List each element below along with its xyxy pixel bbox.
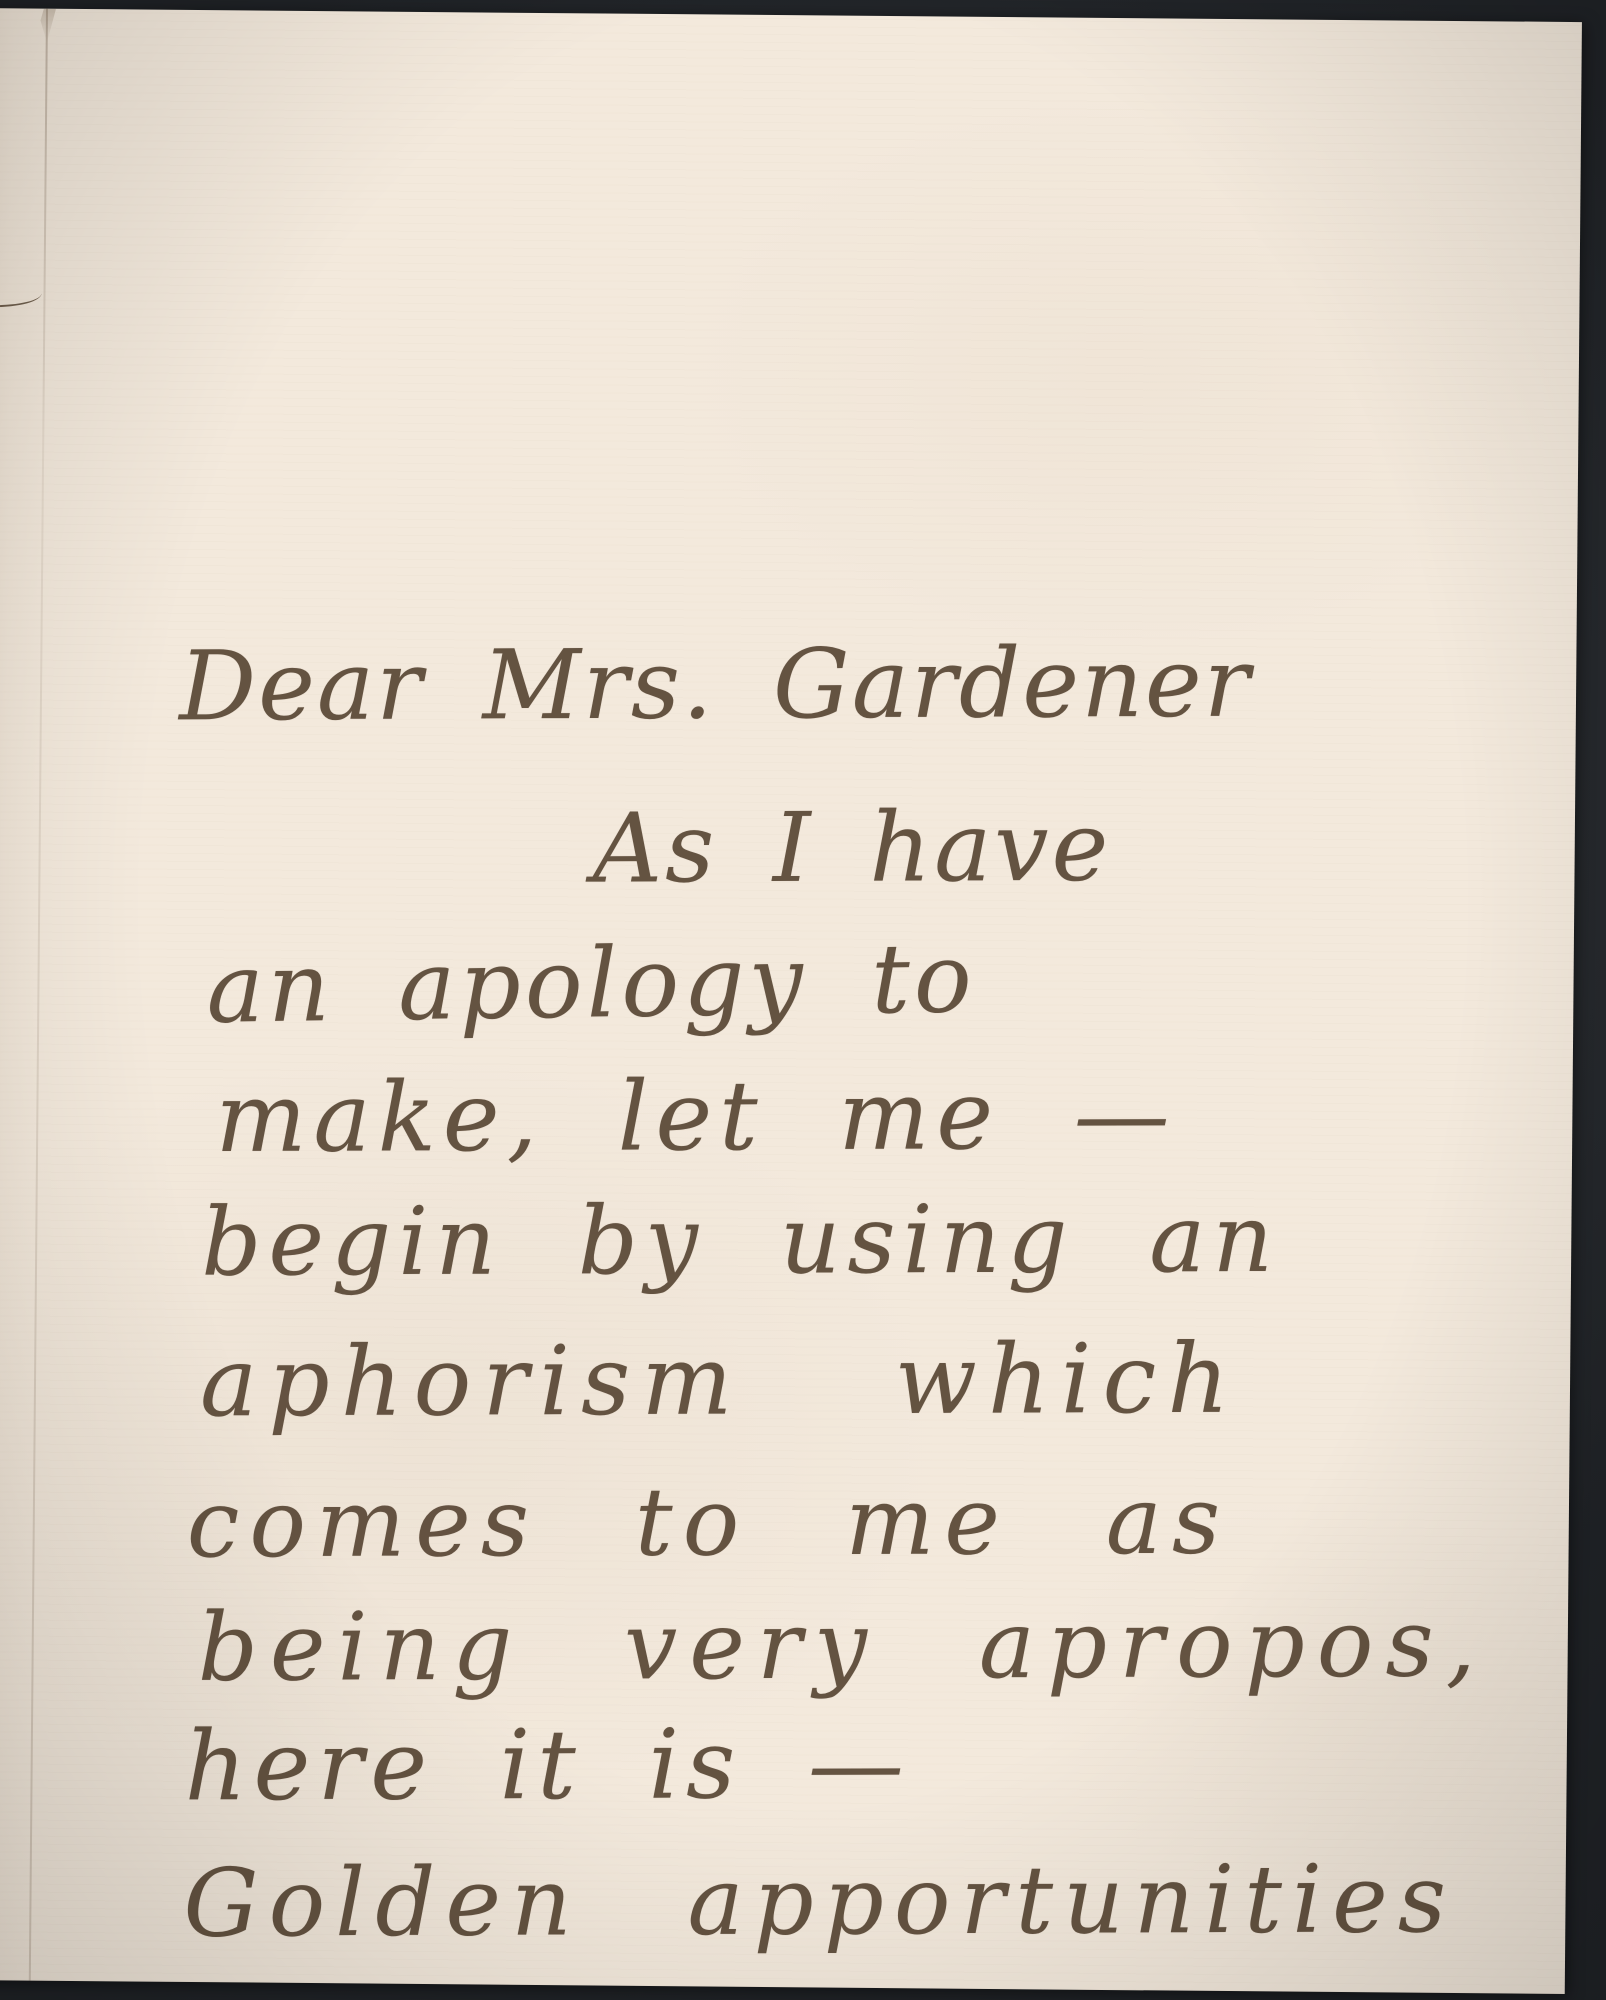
letter-line: begin by using an xyxy=(201,1193,1280,1291)
letter-line: comes to me as xyxy=(187,1475,1231,1573)
letter-line: aphorism which xyxy=(200,1331,1240,1431)
letter-line: being very apropos, xyxy=(198,1597,1488,1696)
scan-background: { "scan": { "background_color": "#26292d… xyxy=(0,0,1606,2000)
letter-line: an apology to xyxy=(206,930,976,1037)
letter-line: here it is — xyxy=(185,1716,911,1815)
letter-line: As I have xyxy=(593,799,1112,897)
letter-line: make, let me — xyxy=(215,1067,1177,1166)
letter-line: Golden apportunities xyxy=(183,1853,1456,1951)
letter-page: Dear Mrs. Gardener As I have an apology … xyxy=(0,8,1582,1994)
letter-line-salutation: Dear Mrs. Gardener xyxy=(179,635,1252,735)
